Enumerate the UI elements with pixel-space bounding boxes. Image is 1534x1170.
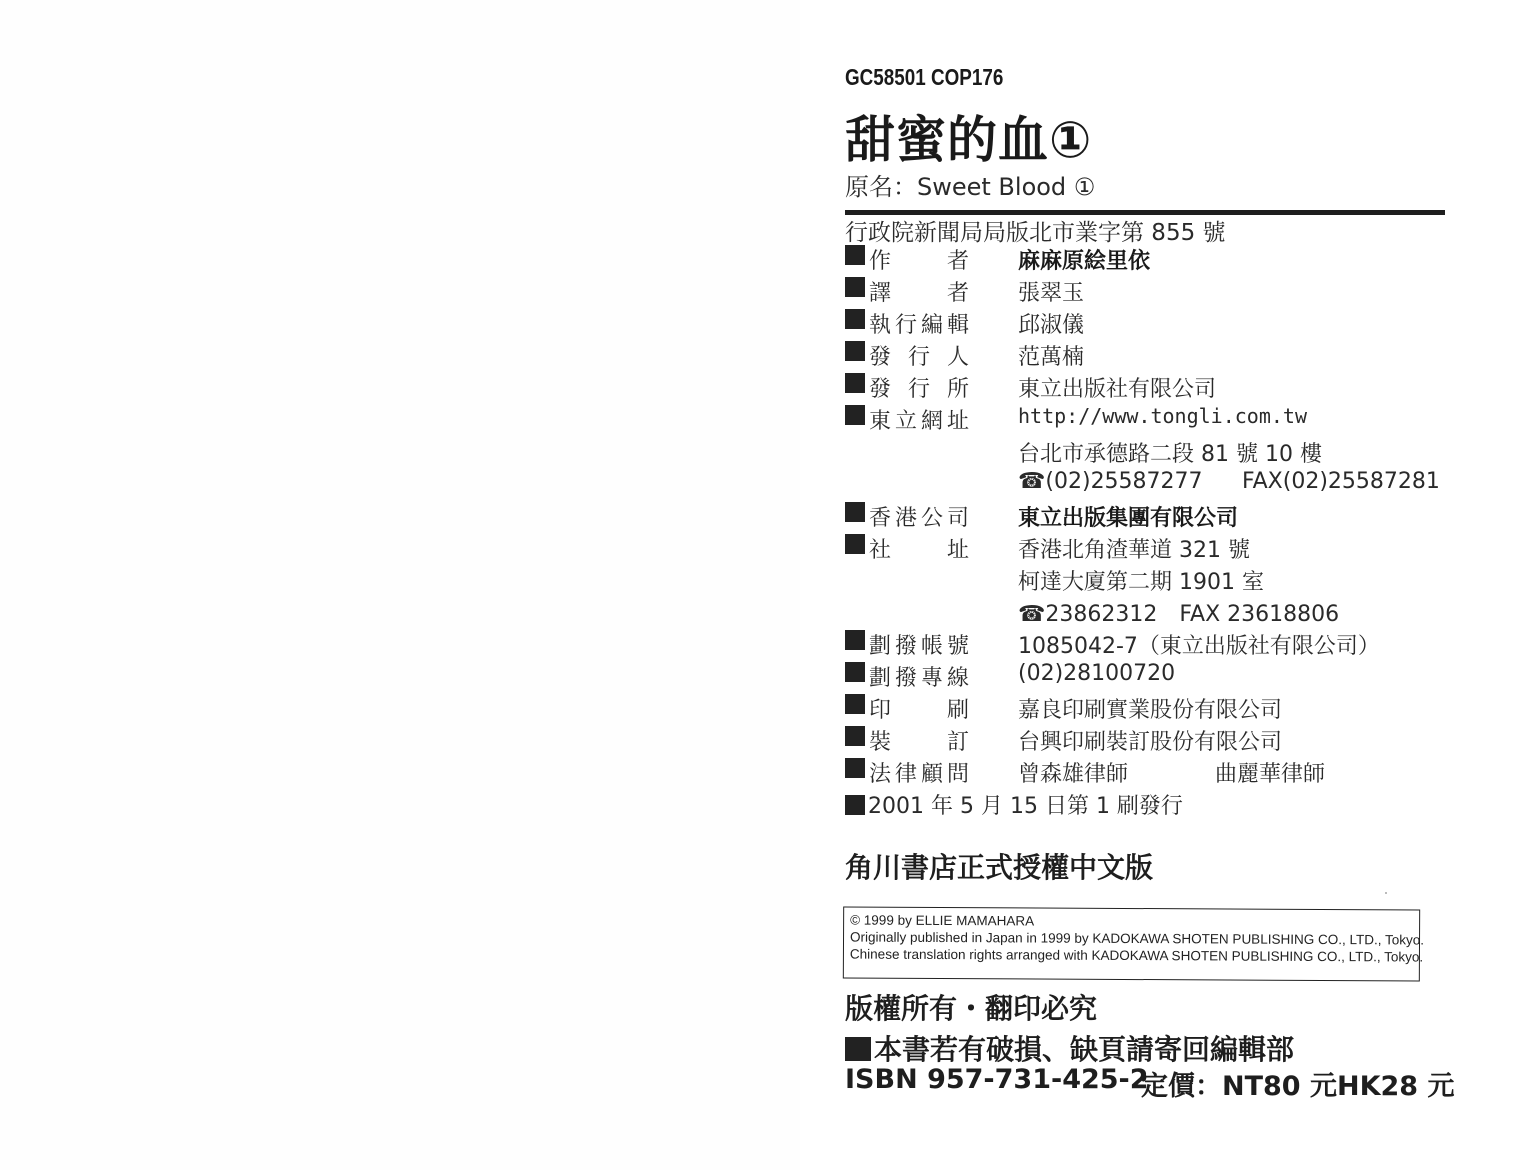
credit-value: 台興印刷裝訂股份有限公司 <box>1018 725 1282 756</box>
isbn: ISBN 957-731-425-2 <box>845 1064 1149 1095</box>
credit-label: 劃撥專線 <box>869 661 969 692</box>
price-hk: HK28 元 <box>1337 1064 1455 1103</box>
bullet-square-icon <box>845 630 865 650</box>
bullet-square-icon <box>845 662 865 682</box>
damage-notice-row: 本書若有破損、缺頁請寄回編輯部 <box>845 1028 1294 1068</box>
license-number: 行政院新聞局局版北市業字第 855 號 <box>845 214 1226 247</box>
credit-value: 東立出版社有限公司 <box>1018 372 1216 403</box>
credit-value: 柯達大廈第二期 1901 室 <box>1018 565 1264 596</box>
bullet-square-icon <box>845 341 865 361</box>
credit-value: 台北市承德路二段 81 號 10 樓 <box>1018 437 1322 468</box>
blank-left-page <box>0 0 800 1170</box>
bullet-square-icon <box>845 1037 871 1061</box>
credit-value: 麻麻原絵里依 <box>1018 244 1150 275</box>
product-code: GC58501 COP176 <box>845 64 1003 91</box>
credit-value: 張翠玉 <box>1018 276 1084 307</box>
bullet-square-icon <box>845 534 865 554</box>
credit-row: 法律顧問曾森雄律師曲麗華律師 <box>845 757 868 789</box>
credit-row: 裝訂台興印刷裝訂股份有限公司 <box>845 725 868 757</box>
print-speck <box>1385 892 1387 894</box>
credit-value: 香港北角渣華道 321 號 <box>1018 533 1250 564</box>
bullet-square-icon <box>845 277 865 297</box>
credit-value: 東立出版集團有限公司 <box>1018 501 1238 532</box>
bullet-square-icon <box>845 405 865 425</box>
translation-rights-line: Chinese translation rights arranged with… <box>850 946 1423 966</box>
rights-notice: 版權所有・翻印必究 <box>845 987 1097 1027</box>
credit-label: 社址 <box>869 533 969 564</box>
bullet-square-icon <box>845 726 865 746</box>
damage-notice: 本書若有破損、缺頁請寄回編輯部 <box>874 1033 1294 1066</box>
isbn-price-row: ISBN 957-731-425-2 定價：NT80 元 HK28 元 <box>845 1064 1149 1095</box>
credit-value: ☎23862312 FAX 23618806 <box>1018 597 1339 628</box>
credit-label: 劃撥帳號 <box>869 629 969 660</box>
credit-row: 譯者張翠玉 <box>845 276 868 308</box>
credit-value: http://www.tongli.com.tw <box>1018 404 1307 428</box>
credit-label: 印刷 <box>869 693 969 724</box>
credit-row: 發行所東立出版社有限公司 <box>845 372 868 404</box>
bullet-square-icon <box>845 245 865 265</box>
credit-value: 邱淑儀 <box>1018 308 1084 339</box>
credit-row: 東立網址http://www.tongli.com.tw <box>845 404 868 436</box>
credit-value: 嘉良印刷實業股份有限公司 <box>1018 693 1282 724</box>
credit-label: 譯者 <box>869 276 969 307</box>
book-title: 甜蜜的血① <box>845 100 1092 172</box>
bullet-square-icon <box>845 758 865 778</box>
credit-row: 2001 年 5 月 15 日第 1 刷發行 <box>845 789 1183 821</box>
credit-row: 香港公司東立出版集團有限公司 <box>845 501 868 533</box>
credit-label: 香港公司 <box>869 501 969 532</box>
copyright-line: © 1999 by ELLIE MAMAHARA <box>850 912 1034 930</box>
credit-row: 執行編輯邱淑儀 <box>845 308 868 340</box>
bullet-square-icon <box>845 694 865 714</box>
credit-label: 法律顧問 <box>869 757 969 788</box>
credit-row: 發行人范萬楠 <box>845 340 868 372</box>
credit-label: 發行所 <box>869 372 969 403</box>
credit-value: 2001 年 5 月 15 日第 1 刷發行 <box>868 794 1183 819</box>
credit-label: 發行人 <box>869 340 969 371</box>
credit-value-secondary: 曲麗華律師 <box>1215 757 1325 788</box>
credit-row: 社址香港北角渣華道 321 號 <box>845 533 868 565</box>
credit-value-secondary: FAX(02)25587281 <box>1242 469 1440 494</box>
credit-row: 劃撥專線(02)28100720 <box>845 661 868 693</box>
credit-label: 裝訂 <box>869 725 969 756</box>
bullet-square-icon <box>845 309 865 329</box>
credit-value: 1085042-7（東立出版社有限公司） <box>1018 629 1380 660</box>
price-nt: 定價：NT80 元 <box>1141 1064 1337 1103</box>
credit-row: 作者麻麻原絵里依 <box>845 244 868 276</box>
bullet-square-icon <box>845 795 865 815</box>
credit-label: 作者 <box>869 244 969 275</box>
credit-value: (02)28100720 <box>1018 661 1175 686</box>
copyright-box: © 1999 by ELLIE MAMAHARA Originally publ… <box>843 906 1420 981</box>
credit-row: 劃撥帳號1085042-7（東立出版社有限公司） <box>845 629 868 661</box>
original-title: 原名：Sweet Blood ① <box>845 167 1095 202</box>
credit-value: 曾森雄律師 <box>1018 757 1128 788</box>
authorization-notice: 角川書店正式授權中文版 <box>845 846 1153 886</box>
bullet-square-icon <box>845 502 865 522</box>
credit-row: 印刷嘉良印刷實業股份有限公司 <box>845 693 868 725</box>
credit-label: 東立網址 <box>869 404 969 435</box>
book-spread: GC58501 COP176 甜蜜的血① 原名：Sweet Blood ① 行政… <box>0 0 1534 1170</box>
bullet-square-icon <box>845 373 865 393</box>
credit-label: 執行編輯 <box>869 308 969 339</box>
credit-value: ☎(02)25587277 <box>1018 469 1203 494</box>
credit-value: 范萬楠 <box>1018 340 1084 371</box>
